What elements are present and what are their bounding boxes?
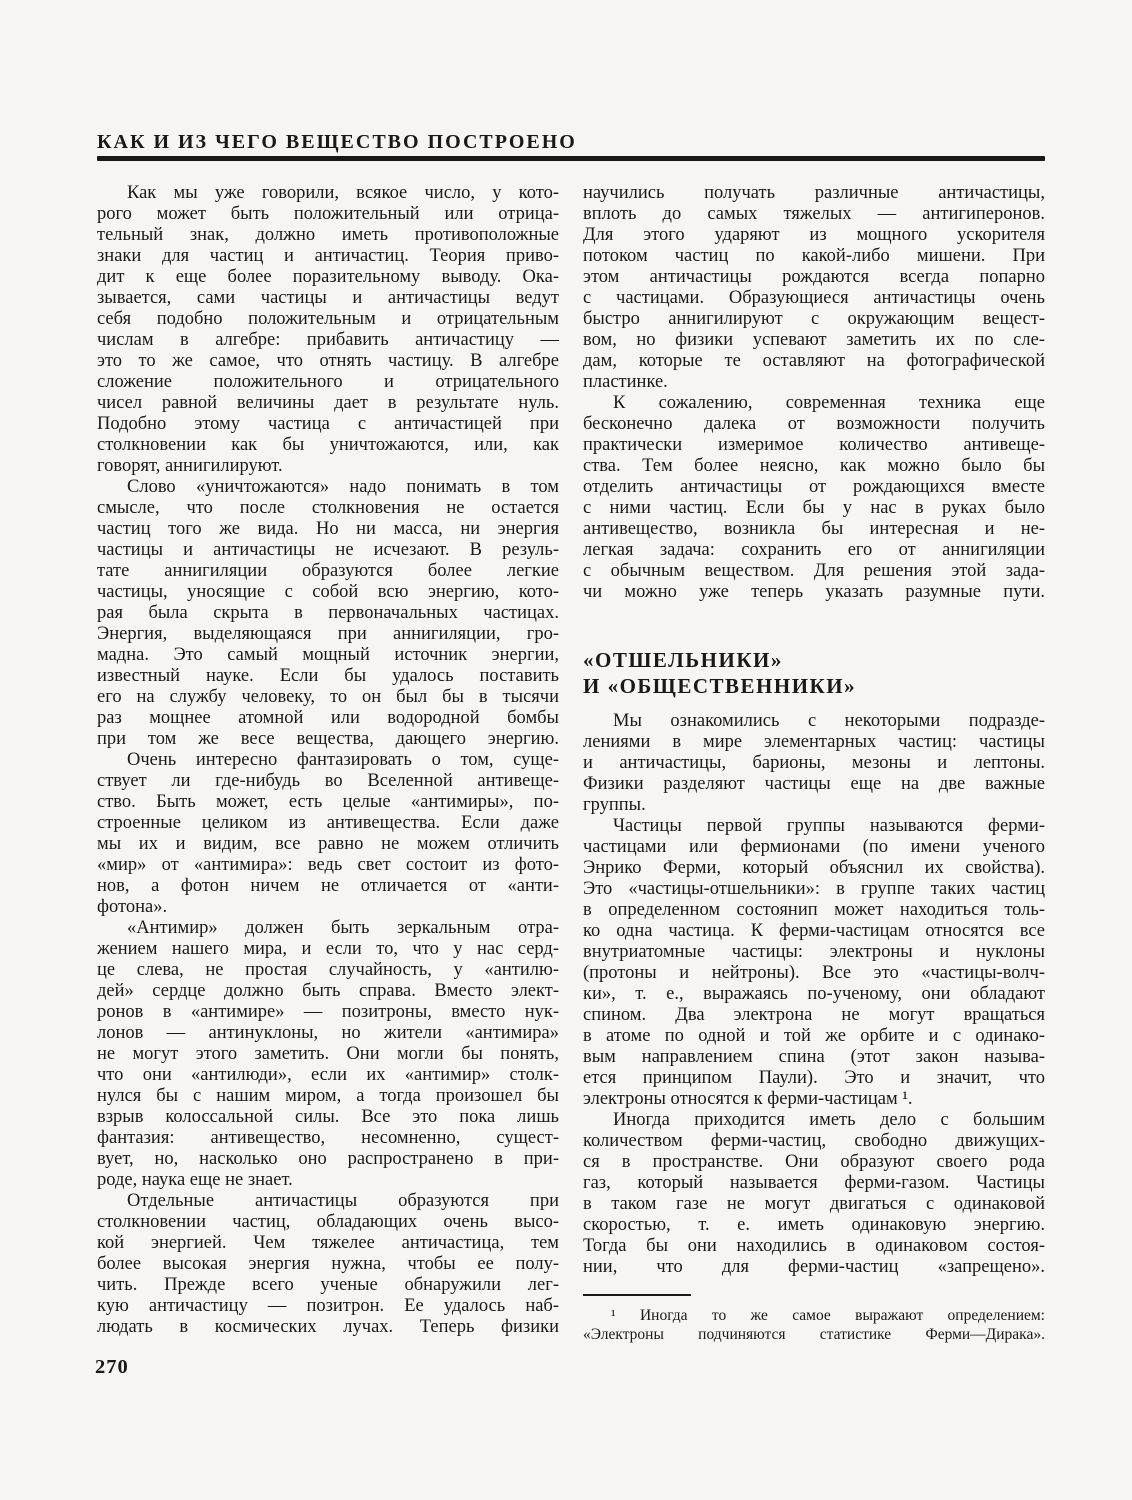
text-line: пластинке. [583,372,1045,393]
text-line: Очень интересно фантазировать о том, сущ… [97,750,559,771]
text-line: фантазия: антивещество, несомненно, суще… [97,1128,559,1149]
footnote-line: ¹ Иногда то же самое выражают определени… [583,1306,1045,1325]
text-line: ствует ли где-нибудь во Вселенной антиве… [97,771,559,792]
text-line: газ, который называется ферми-газом. Час… [583,1173,1045,1194]
text-line: смысле, что после столкновения не остает… [97,498,559,519]
paragraph: Мы ознакомились с некоторыми подразде-ле… [583,711,1045,816]
text-line: ся в пространстве. Они образуют своего р… [583,1152,1045,1173]
footnote: ¹ Иногда то же самое выражают определени… [583,1294,1045,1344]
text-line: числам в алгебре: прибавить античастицу … [97,330,559,351]
paragraph: Частицы первой группы называются ферми-ч… [583,816,1045,1110]
text-line: жением нашего мира, и если то, что у нас… [97,939,559,960]
section-heading: «ОТШЕЛЬНИКИ»И «ОБЩЕСТВЕННИКИ» [583,647,1045,699]
text-line: внутриатомные частицы: электроны и нукло… [583,942,1045,963]
text-line: столкновении как бы уничтожаются, или, к… [97,435,559,456]
text-line: в атоме по одной и той же орбите и с оди… [583,1026,1045,1047]
text-line: Иногда приходится иметь дело с большим [583,1110,1045,1131]
text-line: кой энергией. Чем тяжелее античастица, т… [97,1233,559,1254]
text-line: говорят, аннигилируют. [97,456,559,477]
text-line: электроны относятся к ферми-частицам ¹. [583,1089,1045,1110]
paragraph: научились получать различные античастицы… [583,183,1045,393]
text-line: тате аннигиляции образуются более легкие [97,561,559,582]
text-line: мы их и видим, все равно не можем отличи… [97,834,559,855]
text-line: лениями в мире элементарных частиц: част… [583,732,1045,753]
page-number: 270 [95,1356,129,1379]
text-line: Тогда бы они находились в одинаковом сос… [583,1236,1045,1257]
text-line: Для этого ударяют из мощного ускорителя [583,225,1045,246]
text-line: «Антимир» должен быть зеркальным отра- [97,918,559,939]
text-line: известный науке. Если бы удалось постави… [97,666,559,687]
text-line: Это «частицы-отшельники»: в группе таких… [583,879,1045,900]
text-line: вует, но, насколько оно распространено в… [97,1149,559,1170]
text-line: взрыв колоссальной силы. Все это пока ли… [97,1107,559,1128]
text-line: сложение положительного и отрицательного [97,372,559,393]
text-line: знаки для частиц и античастиц. Теория пр… [97,246,559,267]
text-line: Отдельные античастицы образуются при [97,1191,559,1212]
text-line: с ними частиц. Если бы у нас в руках был… [583,498,1045,519]
paragraph: Слово «уничтожаются» надо понимать в том… [97,477,559,750]
right-column: научились получать различные античастицы… [583,183,1045,1344]
text-line: антивещество, возникла бы интересная и н… [583,519,1045,540]
text-line: (протоны и нейтроны). Все это «частицы-в… [583,963,1045,984]
text-line: это то же самое, что отнять частицу. В а… [97,351,559,372]
text-line: практически измеримое количество антивещ… [583,435,1045,456]
text-line: чить. Прежде всего ученые обнаружили лег… [97,1275,559,1296]
footnote-rule [583,1294,691,1296]
text-line: «мир» от «антимира»: ведь свет состоит и… [97,855,559,876]
text-line: частицами или фермионами (по имени учено… [583,837,1045,858]
text-line: при том же весе вещества, дающего энерги… [97,729,559,750]
text-line: ки», т. е., выражаясь по-ученому, они об… [583,984,1045,1005]
text-line: це слева, не простая случайность, у «ант… [97,960,559,981]
text-line: Слово «уничтожаются» надо понимать в том [97,477,559,498]
left-column: Как мы уже говорили, всякое число, у кот… [97,183,559,1344]
text-line: в таком газе не могут двигаться с одинак… [583,1194,1045,1215]
text-line: отделить античастицы от рождающихся вмес… [583,477,1045,498]
text-line: нов, а фотон ничем не отличается от «ант… [97,876,559,897]
footnote-line: «Электроны подчиняются статистике Ферми—… [583,1325,1045,1344]
text-line: лонов — антинуклоны, но жители «антимира… [97,1023,559,1044]
text-line: Энрико Ферми, который объяснил их свойст… [583,858,1045,879]
heading-line: «ОТШЕЛЬНИКИ» [583,647,1045,673]
text-line: себя подобно положительным и отрицательн… [97,309,559,330]
text-line: быстро аннигилируют с окружающим вещест- [583,309,1045,330]
paragraph: Отдельные античастицы образуются пристол… [97,1191,559,1338]
text-line: нулся бы с нашим миром, а тогда произоше… [97,1086,559,1107]
book-page: КАК И ИЗ ЧЕГО ВЕЩЕСТВО ПОСТРОЕНО Как мы … [0,0,1132,1500]
text-line: роде, наука еще не знает. [97,1170,559,1191]
paragraph: К сожалению, современная техника ещебеск… [583,393,1045,603]
text-line: Мы ознакомились с некоторыми подразде- [583,711,1045,732]
running-head: КАК И ИЗ ЧЕГО ВЕЩЕСТВО ПОСТРОЕНО [97,131,577,154]
text-line: научились получать различные античастицы… [583,183,1045,204]
text-line: фотона». [97,897,559,918]
text-line: его на службу человеку, то он был бы в т… [97,687,559,708]
text-line: дей» сердце должно быть справа. Вместо э… [97,981,559,1002]
text-line: с частицами. Образующиеся античастицы оч… [583,288,1045,309]
text-line: вом, но физики успевают заметить их по с… [583,330,1045,351]
text-line: частиц того же вида. Но ни масса, ни эне… [97,519,559,540]
text-line: группы. [583,795,1045,816]
text-line: Как мы уже говорили, всякое число, у кот… [97,183,559,204]
paragraph: Очень интересно фантазировать о том, сущ… [97,750,559,918]
text-line: частицы, уносящие с собой всю энергию, к… [97,582,559,603]
text-line: рая была скрыта в первоначальных частица… [97,603,559,624]
text-line: кую античастицу — позитрон. Ее удалось н… [97,1296,559,1317]
text-line: бесконечно далека от возможности получит… [583,414,1045,435]
text-line: столкновении частиц, обладающих очень вы… [97,1212,559,1233]
text-line: дит к еще более поразительному выводу. О… [97,267,559,288]
text-line: тельный знак, должно иметь противоположн… [97,225,559,246]
text-line: скоростью, т. е. иметь одинаковую энерги… [583,1215,1045,1236]
text-line: потоком частиц по какой-либо мишени. При [583,246,1045,267]
paragraph: «Антимир» должен быть зеркальным отра-же… [97,918,559,1191]
text-line: количеством ферми-частиц, свободно движу… [583,1131,1045,1152]
text-line: ства. Тем более неясно, как можно было б… [583,456,1045,477]
text-line: Частицы первой группы называются ферми- [583,816,1045,837]
header-rule [97,156,1045,161]
text-line: рого может быть положительный или отрица… [97,204,559,225]
text-line: с обычным веществом. Для решения этой за… [583,561,1045,582]
text-line: дам, которые те оставляют на фотографиче… [583,351,1045,372]
text-line: ство. Быть может, есть целые «антимиры»,… [97,792,559,813]
text-line: не могут этого заметить. Они могли бы по… [97,1044,559,1065]
text-line: мадна. Это самый мощный источник энергии… [97,645,559,666]
text-line: ется принципом Паули). Это и значит, что [583,1068,1045,1089]
text-line: вым направлением спина (этот закон назыв… [583,1047,1045,1068]
text-line: строенные целиком из антивещества. Если … [97,813,559,834]
text-line: чисел равной величины дает в результате … [97,393,559,414]
text-line: чи можно уже теперь указать разумные пут… [583,582,1045,603]
paragraph: Иногда приходится иметь дело с большимко… [583,1110,1045,1278]
text-line: более высокая энергия нужна, чтобы ее по… [97,1254,559,1275]
text-columns: Как мы уже говорили, всякое число, у кот… [97,183,1045,1344]
heading-line: И «ОБЩЕСТВЕННИКИ» [583,673,1045,699]
text-line: частицы и античастицы не исчезают. В рез… [97,540,559,561]
text-line: нии, что для ферми-частиц «запрещено». [583,1257,1045,1278]
text-line: и античастицы, барионы, мезоны и лептоны… [583,753,1045,774]
text-line: К сожалению, современная техника еще [583,393,1045,414]
text-line: вплоть до самых тяжелых — антигиперонов. [583,204,1045,225]
text-line: раз мощнее атомной или водородной бомбы [97,708,559,729]
text-line: что они «антилюди», если их «антимир» ст… [97,1065,559,1086]
text-line: Подобно этому частица с античастицей при [97,414,559,435]
text-line: людать в космических лучах. Теперь физик… [97,1317,559,1338]
text-line: Физики разделяют частицы еще на две важн… [583,774,1045,795]
text-line: этом античастицы рождаются всегда попарн… [583,267,1045,288]
text-line: спином. Два электрона не могут вращаться [583,1005,1045,1026]
text-line: ко одна частица. К ферми-частицам относя… [583,921,1045,942]
text-line: зывается, сами частицы и античастицы вед… [97,288,559,309]
paragraph: Как мы уже говорили, всякое число, у кот… [97,183,559,477]
text-line: в определенном состоянип может находитьс… [583,900,1045,921]
text-line: Энергия, выделяющаяся при аннигиляции, г… [97,624,559,645]
text-line: легкая задача: сохранить его от аннигиля… [583,540,1045,561]
text-line: ронов в «антимире» — позитроны, вместо н… [97,1002,559,1023]
